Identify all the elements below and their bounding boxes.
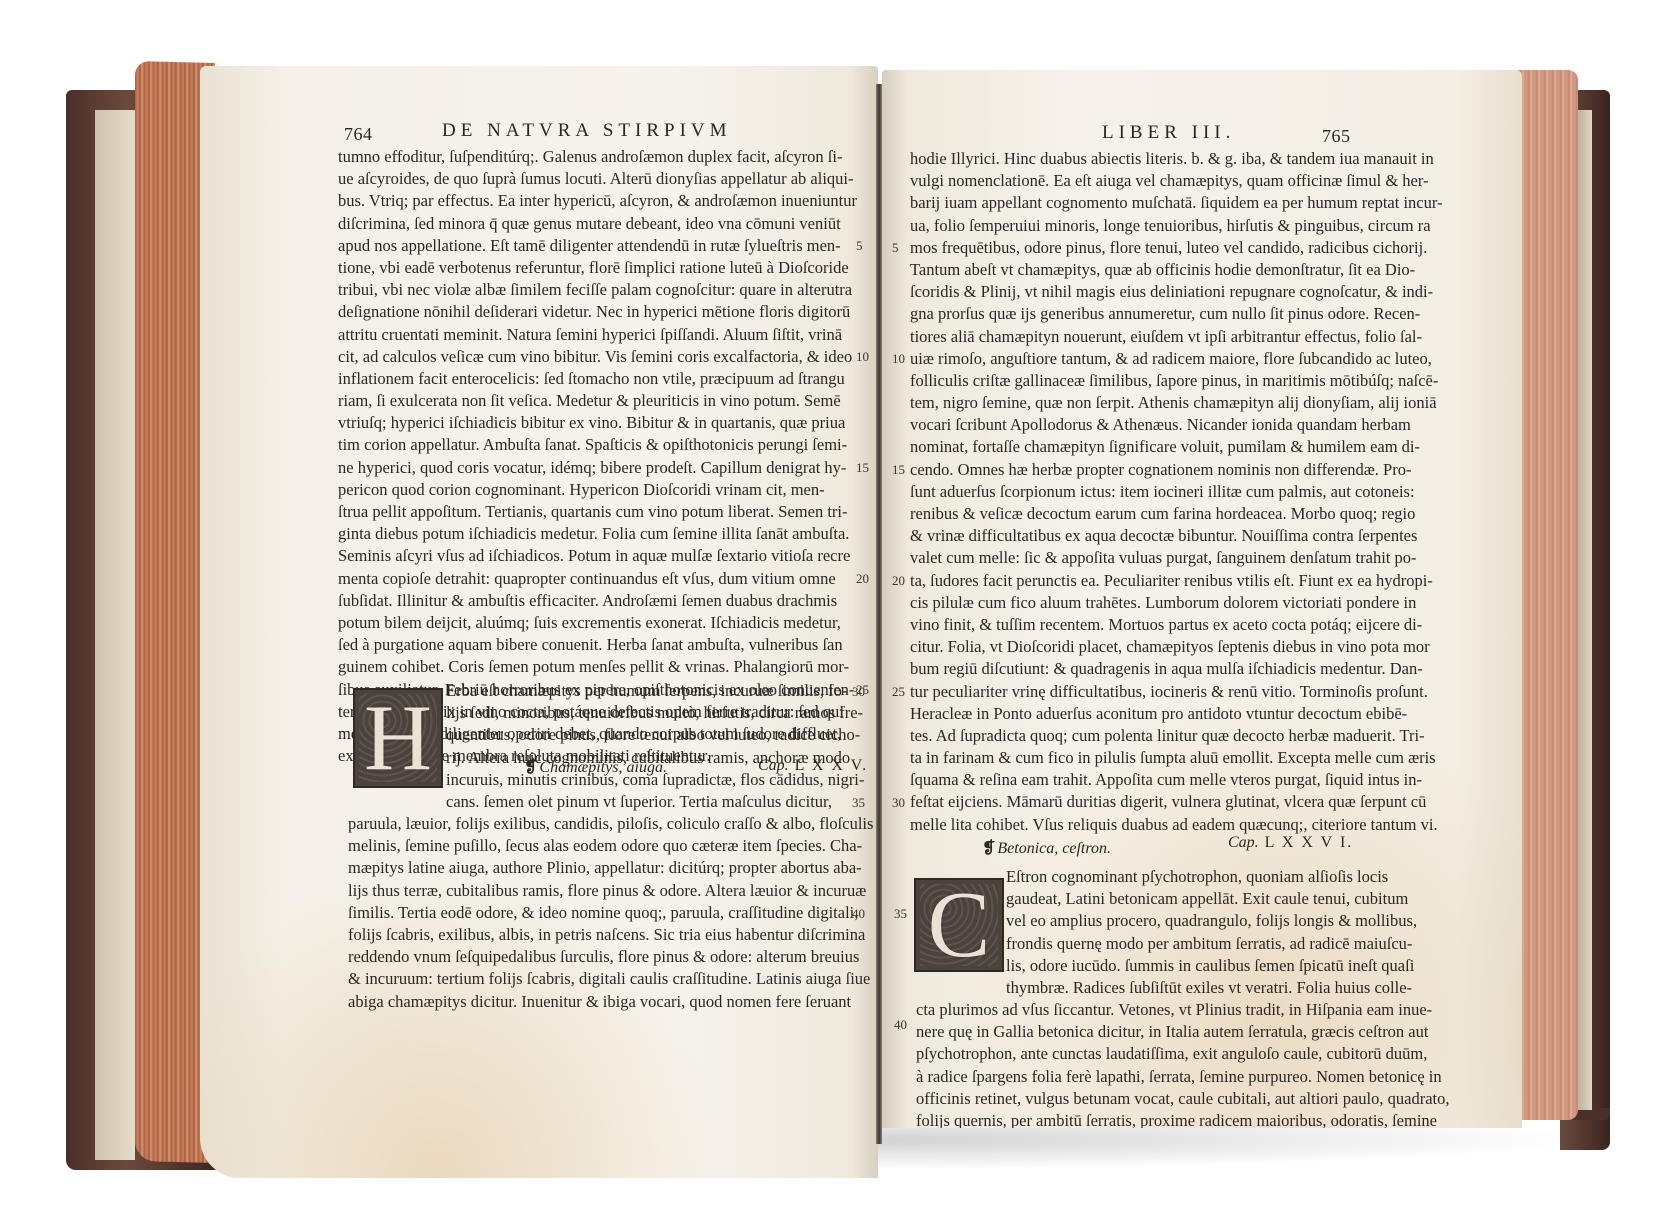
text-line: & incuruum: tertium folijs ſcabris, digi… bbox=[348, 968, 873, 990]
text-line: hodie Illyrici. Hinc duabus abiectis lit… bbox=[910, 148, 1443, 170]
open-book-photo: 764 DE NATVRA STIRPIVM tumno effoditur, … bbox=[0, 0, 1680, 1224]
running-head: DE NATVRA STIRPIVM bbox=[442, 120, 732, 142]
line-number-marker: 20 bbox=[856, 571, 869, 587]
text-line: gna prorſus quæ ijs generibus annumeretu… bbox=[910, 303, 1443, 325]
text-line: Erba eſt chamæpitys per humum ſerpens, i… bbox=[446, 680, 864, 702]
text-line: ginta diebus potum iſchiadicis medetur. … bbox=[338, 523, 857, 545]
line-number-marker: 5 bbox=[856, 238, 863, 254]
line-number-marker: 35 bbox=[852, 795, 865, 811]
line-number-marker: 40 bbox=[894, 1017, 907, 1033]
text-line: rij. Altera huic cognominis, cubitalibus… bbox=[446, 747, 864, 769]
text-line: tem, nigro ſemine, quæ non ſerpit. Athen… bbox=[910, 392, 1443, 414]
text-line: Seminis aſcyri vſus ad iſchiadicos. Potu… bbox=[338, 545, 857, 567]
text-line: uiæ rimoſo, anguſtiore tantum, & ad radi… bbox=[910, 348, 1443, 370]
text-line: cit, ad calculos veſicæ cum vino bibitur… bbox=[338, 346, 857, 368]
text-line: tes. Ad ſupradicta quoq; cum polenta lin… bbox=[910, 725, 1443, 747]
text-line: thymbræ. Radices ſubſiſtūt exiles vt ver… bbox=[1006, 977, 1417, 999]
text-line: ua, folio ſemperuiui minoris, longe tenu… bbox=[910, 215, 1443, 237]
text-line: renibus & veſicæ decoctum earum cum fari… bbox=[910, 503, 1443, 525]
text-line: gaudeat, Latini betonicam appellāt. Exit… bbox=[1006, 888, 1417, 910]
text-line: melle lita cohibet. Vſus reliquis duabus… bbox=[910, 814, 1443, 836]
text-line: inflationem facit enterocelicis: ſed ſto… bbox=[338, 368, 857, 390]
text-line: à radice ſpargens folia ferè lapathi, ſe… bbox=[916, 1066, 1450, 1088]
text-line: nominat, fortaſſe chamæpityn ſignificare… bbox=[910, 436, 1443, 458]
line-number-marker: 10 bbox=[892, 351, 905, 367]
text-line: bum regiū diſcutiunt: & quadragenis in a… bbox=[910, 658, 1443, 680]
line-number-marker: 35 bbox=[894, 906, 907, 922]
page-number: 764 bbox=[344, 124, 373, 145]
text-line: quentibus, odore pinus, flore tenui albo… bbox=[446, 724, 864, 746]
line-number-marker: 10 bbox=[856, 349, 869, 365]
text-line: ſtrua pellit appoſitum. Tertianis, quart… bbox=[338, 501, 857, 523]
text-line: tiores aliā chamæpityn nouerunt, eiuſdem… bbox=[910, 326, 1443, 348]
text-line: tione, vbi eadē verbotenus referuntur, f… bbox=[338, 257, 857, 279]
text-line: folijs quernis, per ambitū ſerratis, pro… bbox=[916, 1110, 1450, 1128]
text-line: tur peculiariter vrinę difficultatibus, … bbox=[910, 681, 1443, 703]
text-line: tumno effoditur, ſuſpenditúrq;. Galenus … bbox=[338, 146, 857, 168]
page-number: 765 bbox=[1322, 126, 1351, 147]
text-line: Heracleæ in Ponto aduerſus aconitum pro … bbox=[910, 703, 1443, 725]
text-line: vtriuſq; hyperici iſchiadicis bibitur ex… bbox=[338, 412, 857, 434]
text-line: riam, ſi exulcerata non ſit veſica. Mede… bbox=[338, 390, 857, 412]
text-line: ue aſcyroides, de quo ſuprà ſumus locuti… bbox=[338, 168, 857, 190]
text-line: abiga chamæpitys dicitur. Inuenitur & ib… bbox=[348, 991, 873, 1013]
text-line: ſubſidat. Illinitur & ambuſtis efficacit… bbox=[338, 590, 857, 612]
text-line: barij iuam appellant cognomento muſchatā… bbox=[910, 192, 1443, 214]
text-line: tribui, vbi nec violæ albæ ſimilem feciſ… bbox=[338, 279, 857, 301]
right-page: LIBER III. 765 hodie Illyrici. Hinc duab… bbox=[882, 70, 1522, 1128]
floral-pattern-icon bbox=[359, 694, 437, 782]
line-number-marker: 25 bbox=[892, 684, 905, 700]
text-line: incuruis, minutis crinibus, coma ſupradi… bbox=[446, 769, 864, 791]
left-endpaper bbox=[95, 110, 135, 1160]
line-number-marker: 30 bbox=[892, 795, 905, 811]
right-page-stack-red-edge bbox=[1518, 70, 1578, 1120]
line-number-marker: 30 bbox=[852, 684, 865, 700]
text-line: lis, odore iucūdo. ſummis in caulibus ſe… bbox=[1006, 955, 1417, 977]
text-line: Eſtron cognominant pſychotrophon, quonia… bbox=[1006, 866, 1417, 888]
text-line: lijs thus terræ, cubitalibus ramis, flor… bbox=[348, 880, 873, 902]
text-line: pſychotrophon, ante cunctas laudatiſſima… bbox=[916, 1043, 1450, 1065]
text-line: vel eo amplius procero, quadrangulo, fol… bbox=[1006, 910, 1417, 932]
text-line: valet cum melle: ſic & appoſita vuluas p… bbox=[910, 547, 1443, 569]
floral-pattern-icon bbox=[920, 884, 998, 966]
text-line: paruula, læuior, folijs exilibus, candid… bbox=[348, 813, 873, 835]
text-line: ne hyperici, quod coris vocatur, idémq; … bbox=[338, 457, 857, 479]
text-line: bus. Vtriq; par effectus. Ea inter hyper… bbox=[338, 190, 857, 212]
text-line: reddendo vnum ſeſquipedalibus ſurculis, … bbox=[348, 946, 873, 968]
text-line: mæpitys latine aiuga, authore Plinio, ap… bbox=[348, 857, 873, 879]
text-line: cta plurimos ad vſus ſiccantur. Vetones,… bbox=[916, 999, 1450, 1021]
chapter-text-full: paruula, læuior, folijs exilibus, candid… bbox=[348, 813, 873, 1013]
chapter-title: Betonica, ceſtron. bbox=[997, 840, 1111, 857]
text-line: ſed à purgatione aquam bibere conuenit. … bbox=[338, 634, 857, 656]
text-line: cans. ſemen olet pinum vt ſuperior. Tert… bbox=[446, 791, 864, 813]
text-line: vino finit, & tuſſim recentem. Mortuos p… bbox=[910, 614, 1443, 636]
line-number-marker: 40 bbox=[852, 906, 865, 922]
text-line: ſimilis. Tertia eodē odore, & ideo nomin… bbox=[348, 902, 873, 924]
text-line: officinis retinet, vulgus betunam vocat,… bbox=[916, 1088, 1450, 1110]
text-line: Tantum abeſt vt chamæpitys, quæ ab offic… bbox=[910, 259, 1443, 281]
running-head: LIBER III. bbox=[1102, 122, 1235, 144]
line-number-marker: 15 bbox=[892, 462, 905, 478]
text-line: ta, ſudores facit perunctis ea. Peculiar… bbox=[910, 570, 1443, 592]
text-line: apud nos appellatione. Eſt tamē diligent… bbox=[338, 235, 857, 257]
chapter-text-indented: Erba eſt chamæpitys per humum ſerpens, i… bbox=[446, 680, 864, 813]
text-line: folliculis criſtæ gallinaceæ ſimilibus, … bbox=[910, 370, 1443, 392]
pilcrow-icon: ❡ bbox=[982, 840, 995, 857]
text-line: vulgi nomenclationē. Ea eſt aiuga vel ch… bbox=[910, 170, 1443, 192]
text-line: & vrinæ difficultatibus ex aqua decoctæ … bbox=[910, 525, 1443, 547]
chapter-text-full: cta plurimos ad vſus ſiccantur. Vetones,… bbox=[916, 999, 1450, 1128]
text-line: frondis quernę modo per ambitum ſerratis… bbox=[1006, 933, 1417, 955]
text-line: nere quę in Gallia betonica dicitur, in … bbox=[916, 1021, 1450, 1043]
text-line: menta copioſe detrahit: quapropter conti… bbox=[338, 568, 857, 590]
line-number-marker: 5 bbox=[892, 240, 899, 256]
text-line: ſquama & reſina eam trahit. Appoſita cum… bbox=[910, 769, 1443, 791]
text-line: cis pilulæ cum fico aluum trahētes. Lumb… bbox=[910, 592, 1443, 614]
left-page: 764 DE NATVRA STIRPIVM tumno effoditur, … bbox=[200, 66, 878, 1178]
body-text-top: tumno effoditur, ſuſpenditúrq;. Galenus … bbox=[338, 146, 857, 767]
text-line: diſcrimina, ſed minora q̄ quæ genus muta… bbox=[338, 213, 857, 235]
text-line: vocari ſcribunt Apollodorus & Athenæus. … bbox=[910, 414, 1443, 436]
woodcut-initial-h: H bbox=[353, 688, 443, 788]
text-line: attritu cruentati meminit. Natura ſemini… bbox=[338, 324, 857, 346]
chapter-heading: ❡Betonica, ceſtron. bbox=[982, 838, 1111, 858]
woodcut-initial-c: C bbox=[914, 878, 1004, 972]
text-line: deſignatione nōnihil deſiderari videtur.… bbox=[338, 301, 857, 323]
text-line: mos frequētibus, odore pinus, flore tenu… bbox=[910, 237, 1443, 259]
text-line: folijs ſcabris, exilibus, albis, in petr… bbox=[348, 924, 873, 946]
line-number-marker: 15 bbox=[856, 460, 869, 476]
text-line: ſcoridis & Plinij, vt nihil magis eius d… bbox=[910, 281, 1443, 303]
text-line: feſtat eijciens. Māmarū duritias digerit… bbox=[910, 791, 1443, 813]
text-line: ta in farinam & cum fico in pilulis ſump… bbox=[910, 747, 1443, 769]
text-line: ſunt aduerſus ſcorpionum ictus: item ioc… bbox=[910, 481, 1443, 503]
chapter-text-indented: Eſtron cognominant pſychotrophon, quonia… bbox=[1006, 866, 1417, 999]
text-line: guinem cohibet. Coris ſemen potum menſes… bbox=[338, 656, 857, 678]
text-line: citur. Folia, vt Dioſcoridi placet, cham… bbox=[910, 636, 1443, 658]
line-number-marker: 20 bbox=[892, 573, 905, 589]
text-line: lijs ſedi, minoribus, tenuioribus multò,… bbox=[446, 702, 864, 724]
text-line: cendo. Omnes hæ herbæ propter cognatione… bbox=[910, 459, 1443, 481]
text-line: potum bilem deijcit, aluúmq; ſuis excrem… bbox=[338, 612, 857, 634]
chapter-number: Cap. L X X V I. bbox=[1228, 834, 1353, 852]
text-line: tim corion appellatur. Ambuſta ſanat. Sp… bbox=[338, 434, 857, 456]
text-line: pericon quod corion cognominant. Hyperic… bbox=[338, 479, 857, 501]
body-text-top: hodie Illyrici. Hinc duabus abiectis lit… bbox=[910, 148, 1443, 836]
text-line: melinis, ſemine puſillo, ſecus alas eode… bbox=[348, 835, 873, 857]
